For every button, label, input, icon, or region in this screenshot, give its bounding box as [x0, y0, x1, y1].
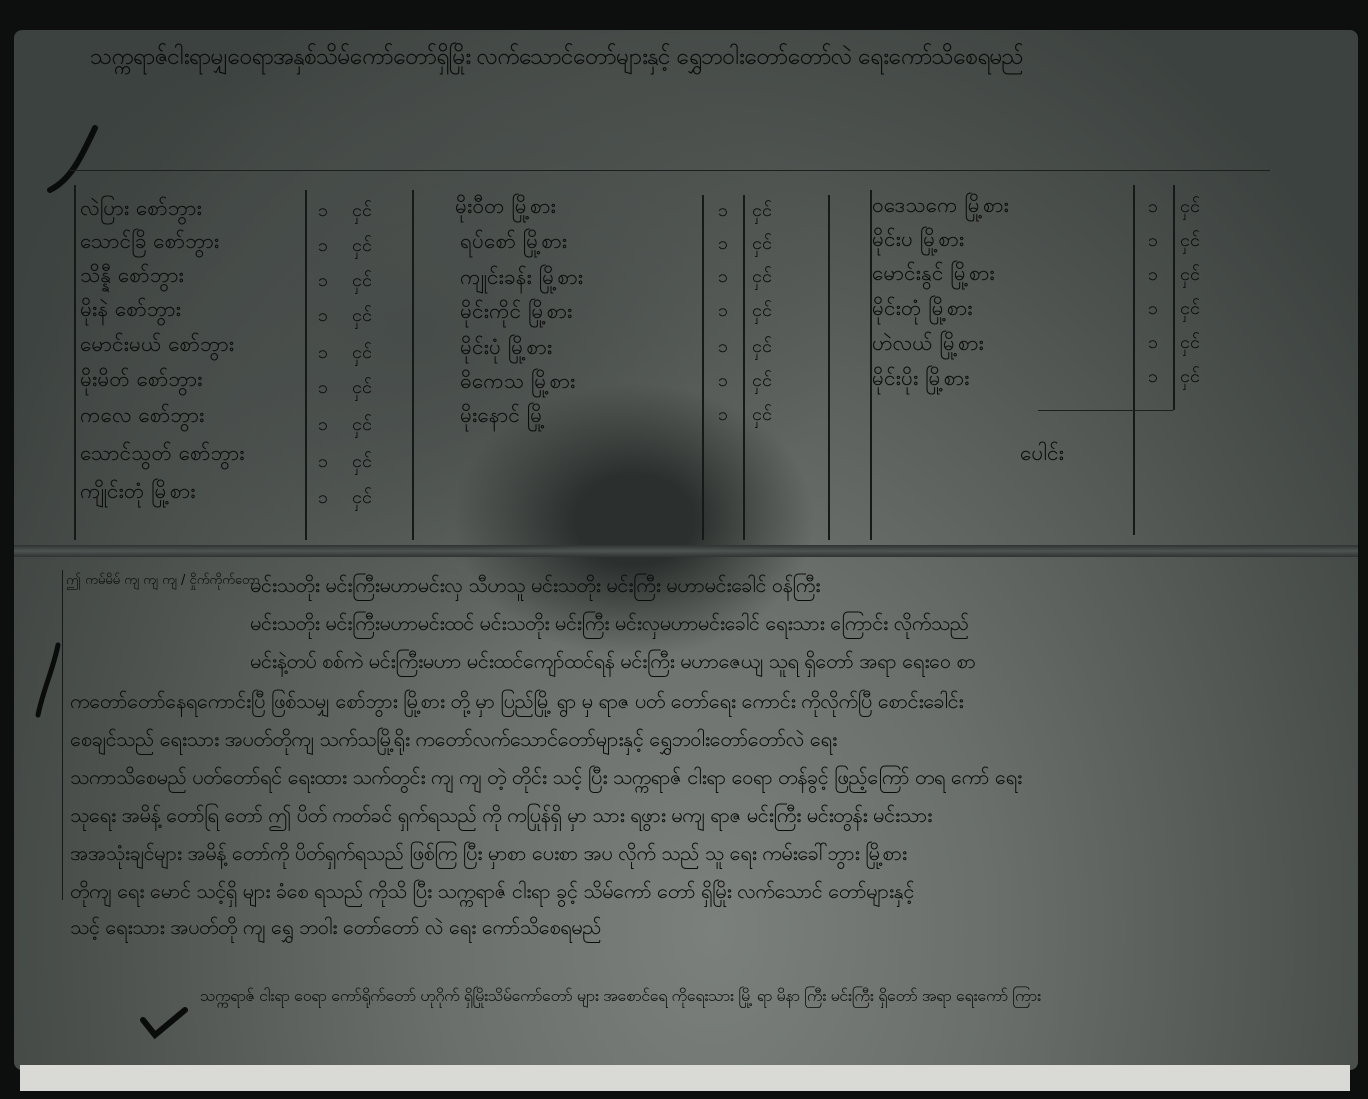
table-cell-name: မောင်းမယ် စော်ဘွား [80, 331, 234, 362]
table-cell-unit: ငှင် [352, 485, 372, 512]
col2-divider [702, 195, 704, 540]
document-title-line: သက္ကရာဇ်ငါးရာမျှဝေရာအနှစ်သိမ်ကော်တော်ရှိ… [90, 42, 1023, 76]
table-cell-name: သောင်သွတ် စော်ဘွား [80, 440, 245, 471]
table-cell-unit: ငှင် [1180, 194, 1200, 221]
table-cell-name: မိုင်းပိုး မြို့စား [872, 365, 970, 396]
table-cell-name: မောင်းနွင် မြို့စား [872, 260, 995, 291]
table-cell-count: ၁ [718, 198, 728, 225]
table-cell-name: ဟဲလယ် မြို့စား [872, 330, 984, 361]
col1-unit-divider [412, 190, 414, 540]
col1-divider [305, 190, 307, 540]
prose-left-margin-rule [62, 570, 63, 900]
table-cell-unit: ငှင် [352, 340, 372, 367]
table-cell-count: ၁ [1148, 262, 1158, 289]
table-cell-name: ဓိကေသ မြို့စား [460, 368, 575, 399]
col2-count-divider [743, 195, 745, 540]
margin-note: ဤ ကမ်မိမ် ကျ ကျ ကျ / ငှိုက်ကိုက်တော [66, 572, 260, 591]
table-cell-unit: ငှင် [352, 268, 372, 295]
table-cell-count: ၁ [318, 375, 328, 402]
table-cell-name: မိုးဝီတ မြို့စား [455, 193, 556, 224]
prose-line: မင်းသတိုး မင်းကြီးမဟာမင်းလှ သီဟသူ မင်းသတ… [250, 572, 820, 602]
table-cell-unit: ငှင် [352, 375, 372, 402]
table-cell-unit: ငှင် [752, 402, 772, 429]
table-cell-count: ၁ [318, 303, 328, 330]
table-cell-unit: ငှင် [752, 231, 772, 258]
prose-line: စေချင်သည် ရေးသား အပတ်တိုကျ သက်သမြို့ရိုး… [70, 726, 837, 756]
table-cell-count: ၁ [1148, 330, 1158, 357]
table-top-rule [70, 170, 1270, 171]
table-cell-count: ၁ [318, 340, 328, 367]
prose-line: တိုကျ ရေး မောင် သင့်ရှိ များ ခံစေ ရသည် က… [70, 878, 914, 908]
table-cell-unit: ငှင် [752, 298, 772, 325]
table-cell-count: ၁ [318, 449, 328, 476]
table-cell-name: ကလေ စော်ဘွား [80, 402, 204, 433]
prose-line: သင့် ရေးသား အပတ်တို ကျ ရွှေ ဘဝါး တော်တော… [70, 914, 601, 944]
table-cell-name: မိုးနဲ စော်ဘွား [80, 296, 181, 327]
table-cell-unit: ငှင် [752, 264, 772, 291]
table-cell-unit: ငှင် [352, 303, 372, 330]
prose-line: သုရေး အမိန့် တော်ရြ တော် ဤ ပိတ် ကတ်ခင် ရ… [70, 802, 932, 832]
table-cell-name: သောင်ခြိ စော်ဘွား [80, 228, 219, 259]
prose-line: မင်းသတိုး မင်းကြီးမဟာမင်းထင် မင်းသတိုး မ… [250, 610, 969, 640]
table-cell-name: ကျိုင်းတုံ မြို့စား [80, 478, 196, 509]
table-cell-unit: ငှင် [1180, 330, 1200, 357]
table-cell-name: မိုင်းကိုင် မြို့စား [460, 298, 572, 329]
prose-line: အအသုံးချင်များ အမိန့် တော်ကို ပိတ်ရှက်ရသ… [70, 840, 907, 870]
check-mark-icon [140, 1005, 190, 1040]
prose-line: ကတော်တော်နေရကောင်းပြီ ဖြစ်သမျှ စော်ဘွား … [70, 688, 963, 718]
table-left-border [74, 185, 76, 540]
table-cell-unit: ငှင် [752, 334, 772, 361]
col3-divider [1133, 185, 1135, 535]
table-cell-count: ၁ [718, 334, 728, 361]
table-cell-name: လဲပြား စော်ဘွား [80, 195, 202, 226]
page-fold [14, 545, 1358, 557]
table-cell-count: ၁ [1148, 194, 1158, 221]
table-cell-count: ၁ [318, 198, 328, 225]
table-cell-unit: ငှင် [1180, 262, 1200, 289]
table-cell-unit: ငှင် [752, 368, 772, 395]
table-cell-unit: ငှင် [352, 449, 372, 476]
table-cell-name: သိန္နီ စော်ဘွား [80, 262, 184, 293]
table-cell-name: မိုင်းပုံ မြို့စား [460, 334, 552, 365]
table-cell-name: ကျုင်းခန်း မြို့စား [460, 264, 583, 295]
table-cell-name: မိုးမိတ် စော်ဘွား [80, 366, 202, 397]
table-cell-count: ၁ [1148, 228, 1158, 255]
table-cell-count: ၁ [718, 368, 728, 395]
table-cell-unit: ငှင် [352, 233, 372, 260]
table-cell-count: ၁ [1148, 364, 1158, 391]
table-cell-name: ဝဒေသကေ မြို့စား [872, 192, 1009, 223]
table-cell-count: ၁ [318, 412, 328, 439]
table-cell-count: ၁ [318, 233, 328, 260]
bottom-edge [20, 1065, 1350, 1091]
table-cell-unit: ငှင် [1180, 228, 1200, 255]
table-cell-unit: ငှင် [1180, 364, 1200, 391]
table-cell-unit: ငှင် [352, 198, 372, 225]
table-total-label: ပေါင်း [1020, 440, 1064, 471]
margin-stroke-mark [30, 120, 110, 200]
table-cell-count: ၁ [318, 268, 328, 295]
table-cell-name: မိုးနောင် မြို့ [460, 402, 545, 433]
table-cell-count: ၁ [318, 485, 328, 512]
table-cell-count: ၁ [718, 231, 728, 258]
table-cell-name: မိုင်းပ မြို့စား [872, 226, 964, 257]
col2-unit-divider [828, 195, 830, 540]
table-cell-count: ၁ [718, 264, 728, 291]
table-cell-count: ၁ [1148, 296, 1158, 323]
total-rule [1038, 410, 1173, 411]
prose-line: မင်းနဲ့တပ် စစ်ကဲ မင်းကြီးမဟာ မင်းထင်ကျော… [250, 648, 975, 678]
signature-line: သက္ကရာဇ် ငါးရာ ဝေရာ ကော်ရိုက်တော် ဟုဂိုက… [200, 985, 1041, 1009]
table-cell-count: ၁ [718, 402, 728, 429]
table-cell-unit: ငှင် [752, 198, 772, 225]
col3-count-divider [1173, 185, 1175, 410]
table-cell-unit: ငှင် [352, 412, 372, 439]
table-cell-unit: ငှင် [1180, 296, 1200, 323]
prose-line: သကာသိစေမည် ပတ်တော်ရင် ရေးထား သက်တွင်း ကျ… [70, 764, 1022, 794]
table-cell-name: ရပ်စော် မြို့စား [460, 228, 567, 259]
table-cell-name: မိုင်းတုံ မြို့စား [872, 295, 973, 326]
table-cell-count: ၁ [718, 298, 728, 325]
